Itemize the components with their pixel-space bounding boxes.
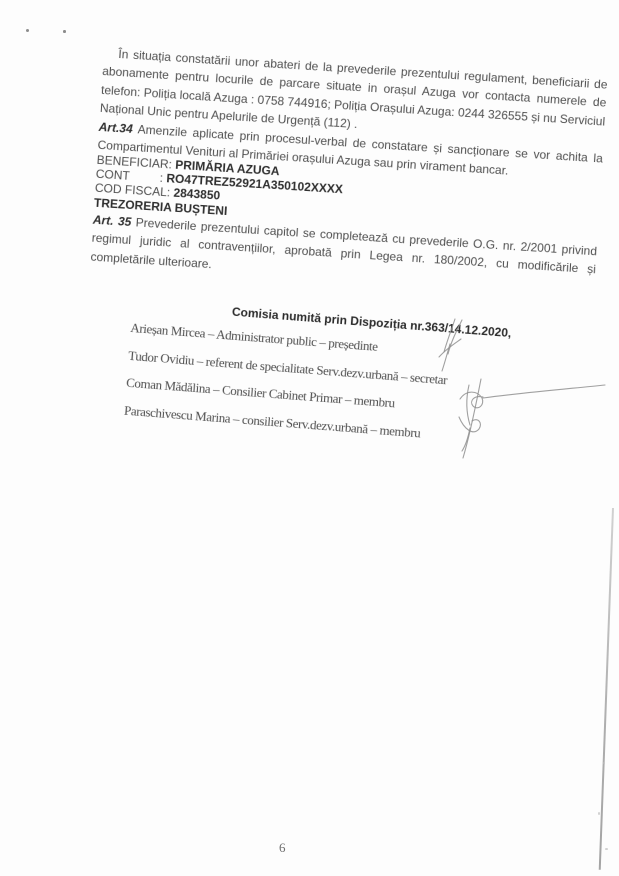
cod-fiscal-value: 2843850 — [173, 186, 221, 203]
committee-block: Comisia numită prin Dispoziția nr.363/14… — [123, 295, 572, 457]
scan-speck — [598, 812, 600, 815]
cont-colon: : — [159, 171, 163, 185]
art35-label: Art. 35 — [93, 212, 132, 228]
scan-speck — [605, 848, 608, 850]
scan-speck — [63, 30, 66, 33]
scanned-document-page: În situația constatării unor abateri de … — [0, 0, 619, 876]
page-number: 6 — [279, 840, 286, 856]
scan-edge-artifact — [599, 508, 614, 870]
scan-speck — [603, 762, 605, 764]
art34-label: Art.34 — [98, 119, 133, 135]
regulation-text-block: În situația constatării unor abateri de … — [90, 44, 608, 297]
scan-speck — [26, 29, 29, 32]
